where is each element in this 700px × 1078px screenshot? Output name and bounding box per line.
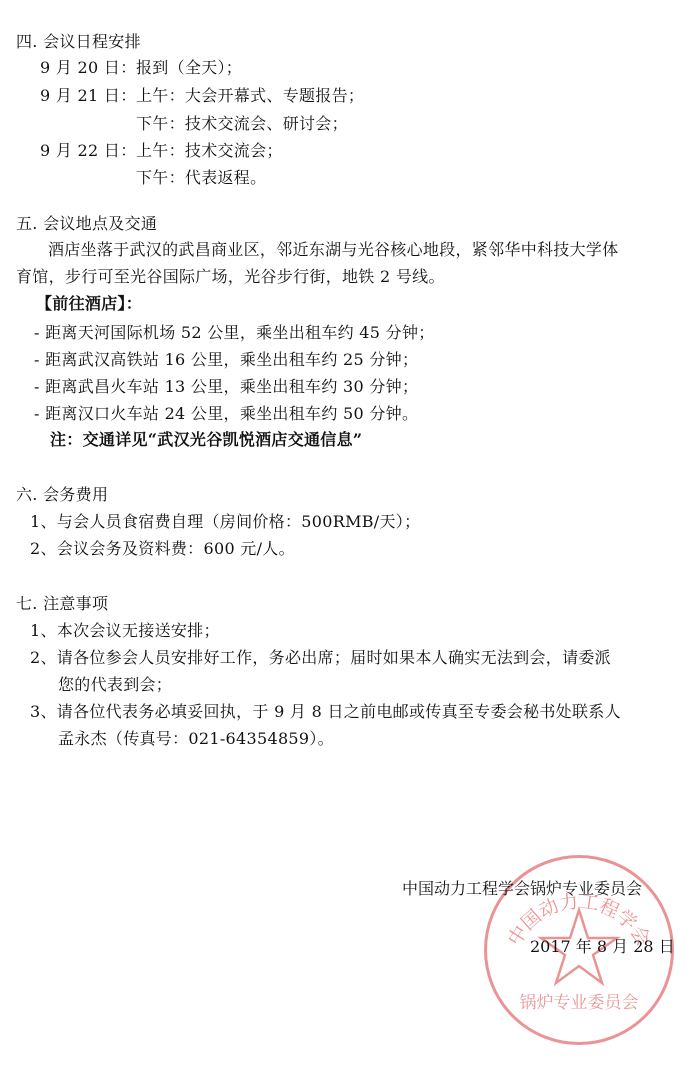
schedule-item: 上午：技术交流会； (136, 141, 283, 161)
transport-note: 注：交通详见“武汉光谷凯悦酒店交通信息” (50, 430, 362, 450)
section-6-title: 六. 会务费用 (16, 485, 108, 505)
schedule-item: 下午：代表返程。 (136, 168, 266, 188)
schedule-item: 上午：大会开幕式、专题报告； (136, 86, 364, 106)
schedule-item: 报到（全天）； (136, 58, 242, 78)
notice-item: 1、本次会议无接送安排； (30, 621, 220, 641)
section-4-title: 四. 会议日程安排 (16, 32, 141, 52)
direction-item: - 距离汉口火车站 24 公里，乘坐出租车约 50 分钟。 (34, 404, 418, 424)
signing-date: 2017 年 8 月 28 日 (530, 934, 675, 957)
notice-item: 2、请各位参会人员安排好工作，务必出席；届时如果本人确实无法到会，请委派 (30, 648, 611, 668)
section-7-title: 七. 注意事项 (16, 594, 108, 614)
direction-item: - 距离武汉高铁站 16 公里，乘坐出租车约 25 分钟； (34, 350, 418, 370)
direction-item: - 距离武昌火车站 13 公里，乘坐出租车约 30 分钟； (34, 377, 418, 397)
direction-item: - 距离天河国际机场 52 公里，乘坐出租车约 45 分钟； (34, 323, 435, 343)
seal-bottom-text: 锅炉专业委员会 (520, 993, 639, 1013)
signing-organization: 中国动力工程学会锅炉专业委员会 (402, 876, 642, 899)
schedule-date: 9 月 21 日： (40, 86, 137, 106)
schedule-date: 9 月 22 日： (40, 141, 137, 161)
fee-item: 2、会议会务及资料费：600 元/人。 (30, 539, 295, 559)
schedule-date: 9 月 20 日： (40, 58, 137, 78)
fee-item: 1、与会人员食宿费自理（房间价格：500RMB/天）； (30, 512, 420, 532)
notice-item-cont: 您的代表到会； (58, 675, 172, 695)
notice-item-cont: 孟永杰（传真号：021-64354859）。 (58, 729, 334, 749)
hotel-description: 酒店坐落于武汉的武昌商业区，邻近东湖与光谷核心地段，紧邻华中科技大学体 (48, 240, 619, 260)
notice-item: 3、请各位代表务必填妥回执，于 9 月 8 日之前电邮或传真至专委会秘书处联系人 (30, 702, 621, 722)
hotel-description-cont: 育馆，步行可至光谷国际广场，光谷步行街，地铁 2 号线。 (16, 267, 445, 287)
directions-heading: 【前往酒店】： (36, 294, 142, 314)
section-5-title: 五. 会议地点及交通 (16, 214, 157, 234)
schedule-item: 下午：技术交流会、研讨会； (136, 114, 348, 134)
